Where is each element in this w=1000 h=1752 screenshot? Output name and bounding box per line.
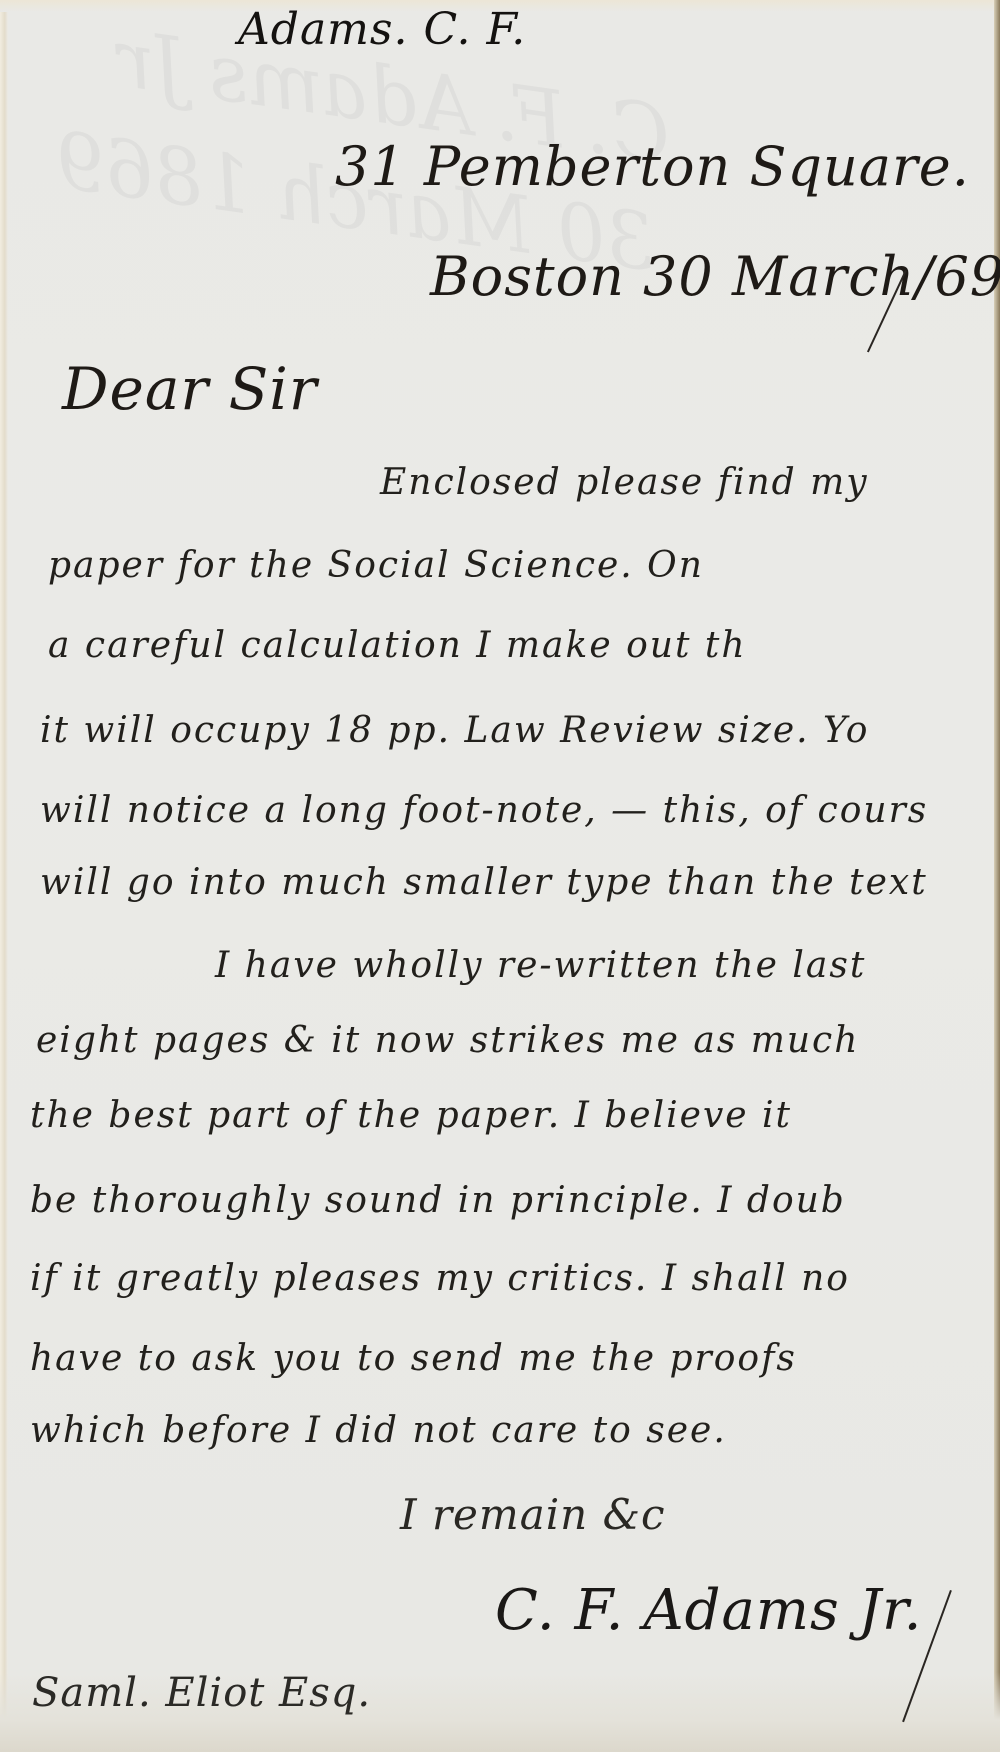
sender-address: 31 Pemberton Square. [335,135,970,198]
signature: C. F. Adams Jr. [495,1578,922,1643]
body-line: will go into much smaller type than the … [40,862,928,903]
catalog-label: Adams. C. F. [238,4,526,55]
body-line: if it greatly pleases my critics. I shal… [30,1258,850,1299]
body-line: which before I did not care to see. [30,1410,727,1451]
body-line: will notice a long foot-note, — this, of… [40,790,928,831]
salutation: Dear Sir [62,355,318,423]
body-line: it will occupy 18 pp. Law Review size. Y… [40,710,869,751]
body-line: I have wholly re-written the last [215,945,866,986]
body-line: a careful calculation I make out th [48,625,747,666]
recipient-name: Saml. Eliot Esq. [32,1670,371,1716]
place-and-date: Boston 30 March/69. [430,245,1000,308]
closing: I remain &c [400,1490,665,1539]
body-line: the best part of the paper. I believe it [30,1095,792,1136]
binding-edge [0,0,8,1752]
body-line: paper for the Social Science. On [48,545,704,586]
letter-page: C. F. Adams Jr 30 March 1869 Adams. C. F… [0,0,1000,1752]
body-line: be thoroughly sound in principle. I doub [30,1180,846,1221]
body-line: have to ask you to send me the proofs [30,1338,797,1379]
body-line: eight pages & it now strikes me as much [36,1020,859,1061]
body-line: Enclosed please find my [380,462,869,503]
